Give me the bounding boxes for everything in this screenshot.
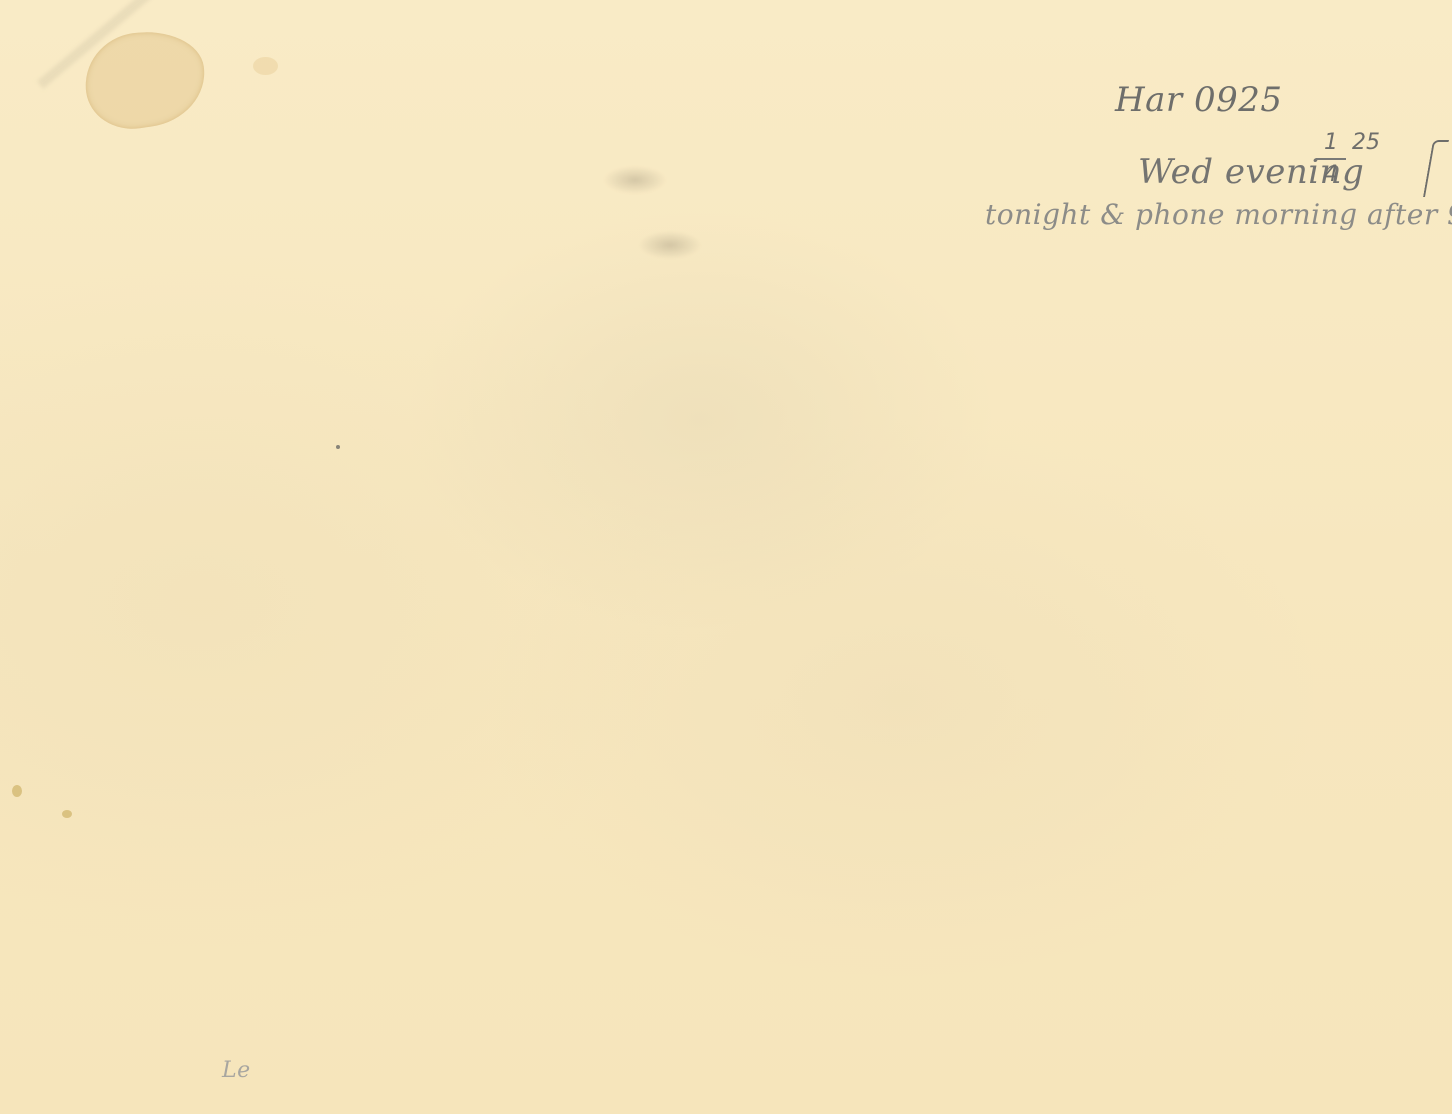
handwritten-year: 25 xyxy=(1352,130,1380,155)
pencil-smudge xyxy=(595,150,715,270)
small-stain xyxy=(253,57,278,75)
fraction-numerator: 1 xyxy=(1324,130,1338,155)
edge-spot xyxy=(12,785,22,797)
handwritten-date-fraction: 1 4 xyxy=(1316,132,1346,186)
fraction-denominator: 4 xyxy=(1324,162,1338,187)
catalog-number: Har 0925 xyxy=(1115,80,1283,120)
edge-spot xyxy=(62,810,72,818)
fraction-bar xyxy=(1316,158,1346,160)
corner-pencil-mark: Le xyxy=(222,1058,251,1083)
handwritten-note: tonight & phone morning after 9.30 xyxy=(985,198,1452,231)
ink-dot xyxy=(336,445,340,449)
